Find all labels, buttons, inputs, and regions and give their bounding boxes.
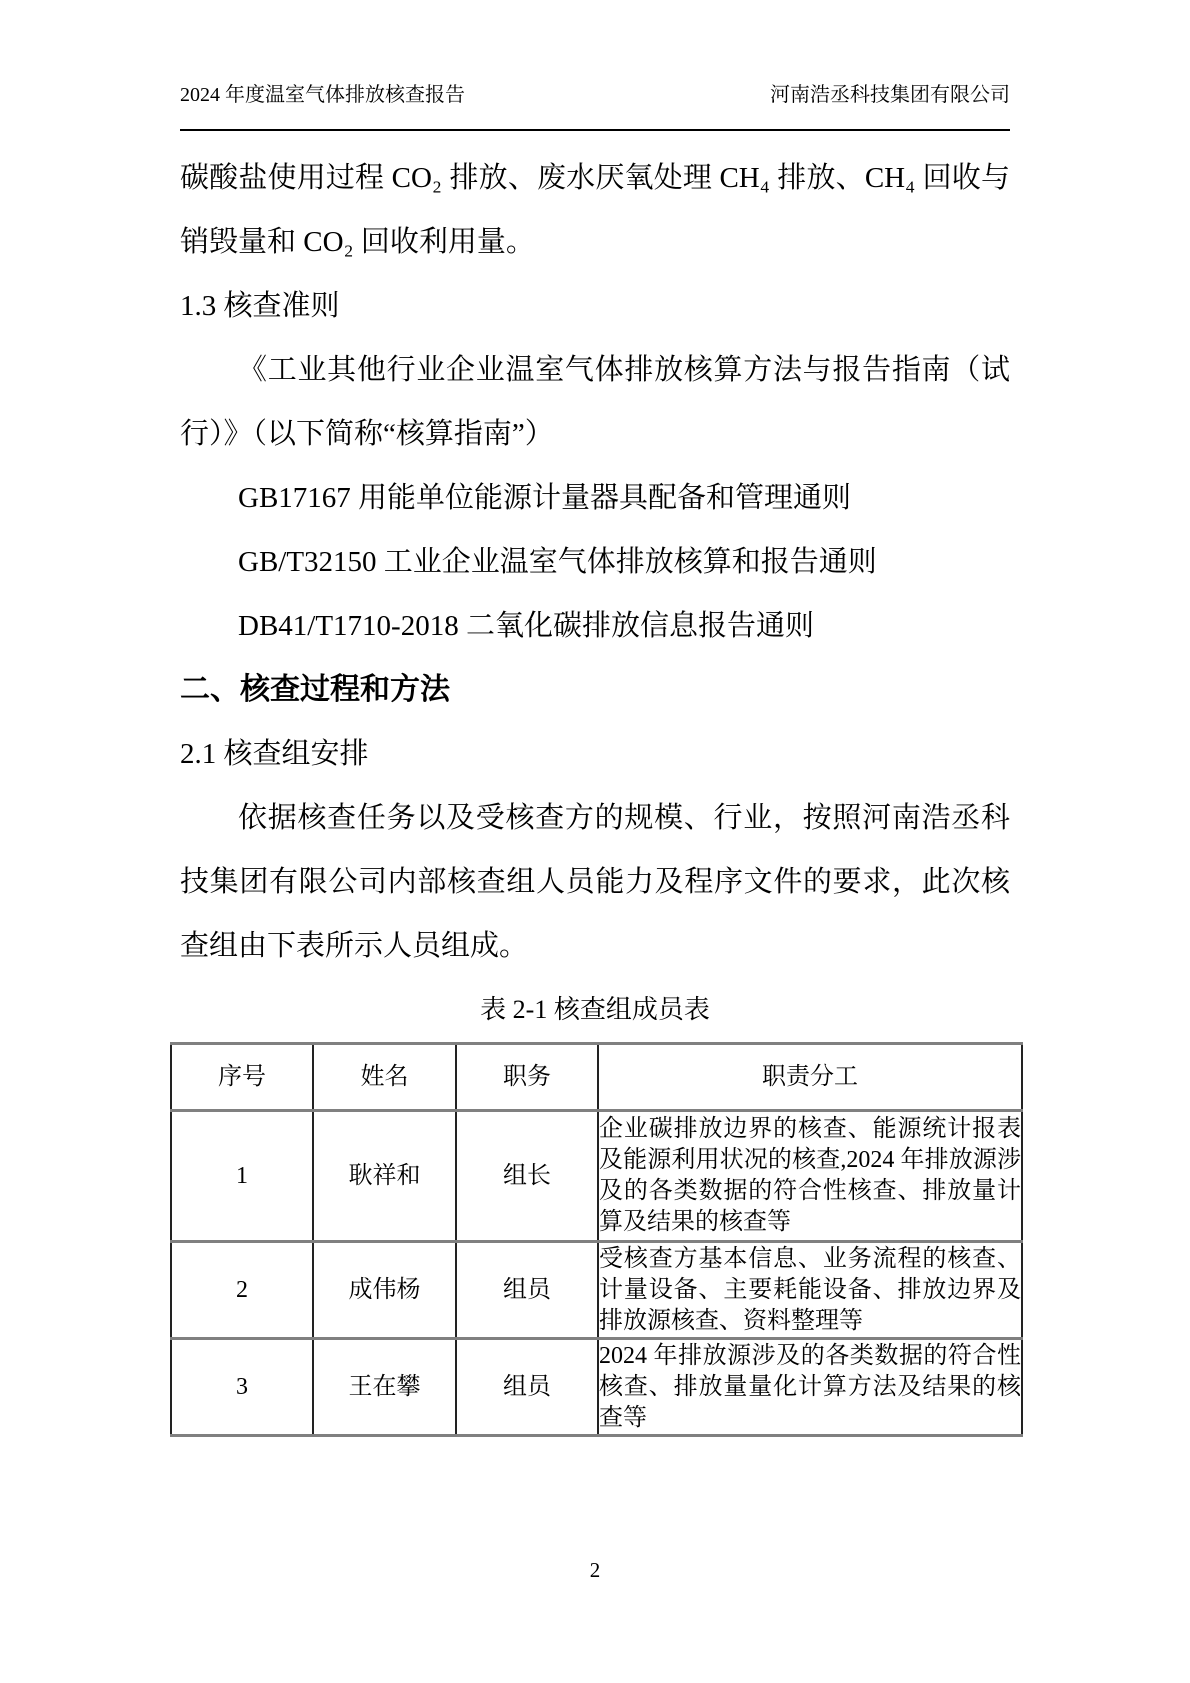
carryover-paragraph: 碳酸盐使用过程 CO₂ 排放、废水厌氧处理 CH₄ 排放、CH₄ 回收与销毁量和… — [180, 146, 1010, 274]
cell-duty: 受核查方基本信息、业务流程的核查、计量设备、主要耗能设备、排放边界及排放源核查、… — [598, 1242, 1022, 1339]
page-footer: 2 — [0, 1557, 1190, 1583]
cell-no: 1 — [171, 1111, 313, 1242]
cell-name: 王在攀 — [313, 1339, 456, 1436]
standard-line-gb17167: GB17167 用能单位能源计量器具配备和管理通则 — [180, 466, 1010, 530]
column-header-no: 序号 — [171, 1044, 313, 1111]
table-header-row: 序号 姓名 职务 职责分工 — [171, 1044, 1022, 1111]
cell-role: 组长 — [456, 1111, 598, 1242]
section-1-3-heading: 1.3 核查准则 — [180, 274, 1010, 338]
page-number: 2 — [590, 1558, 601, 1582]
document-body: 碳酸盐使用过程 CO₂ 排放、废水厌氧处理 CH₄ 排放、CH₄ 回收与销毁量和… — [180, 146, 1010, 1437]
header-company-name: 河南浩丞科技集团有限公司 — [770, 84, 1010, 107]
team-members-table: 序号 姓名 职务 职责分工 1 耿祥和 组长 企业碳排放边界的核查、能源统计报表… — [170, 1042, 1023, 1437]
standard-line-db41: DB41/T1710-2018 二氧化碳排放信息报告通则 — [180, 594, 1010, 658]
cell-role: 组员 — [456, 1242, 598, 1339]
header-rule — [180, 129, 1010, 131]
section-2-heading: 二、核查过程和方法 — [180, 658, 1010, 722]
table-caption: 表 2-1 核查组成员表 — [180, 978, 1010, 1042]
table-row: 3 王在攀 组员 2024 年排放源涉及的各类数据的符合性核查、排放量量化计算方… — [171, 1339, 1022, 1436]
cell-name: 耿祥和 — [313, 1111, 456, 1242]
column-header-duty: 职责分工 — [598, 1044, 1022, 1111]
standard-line-gbt32150: GB/T32150 工业企业温室气体排放核算和报告通则 — [180, 530, 1010, 594]
cell-role: 组员 — [456, 1339, 598, 1436]
page-header: 2024 年度温室气体排放核查报告 河南浩丞科技集团有限公司 — [180, 84, 1010, 107]
cell-duty: 2024 年排放源涉及的各类数据的符合性核查、排放量量化计算方法及结果的核查等 — [598, 1339, 1022, 1436]
table-row: 2 成伟杨 组员 受核查方基本信息、业务流程的核查、计量设备、主要耗能设备、排放… — [171, 1242, 1022, 1339]
column-header-role: 职务 — [456, 1044, 598, 1111]
column-header-name: 姓名 — [313, 1044, 456, 1111]
cell-no: 3 — [171, 1339, 313, 1436]
section-2-1-heading: 2.1 核查组安排 — [180, 722, 1010, 786]
team-paragraph: 依据核查任务以及受核查方的规模、行业，按照河南浩丞科技集团有限公司内部核查组人员… — [180, 786, 1010, 978]
table-row: 1 耿祥和 组长 企业碳排放边界的核查、能源统计报表及能源利用状况的核查,202… — [171, 1111, 1022, 1242]
cell-name: 成伟杨 — [313, 1242, 456, 1339]
header-report-title: 2024 年度温室气体排放核查报告 — [180, 84, 465, 107]
cell-no: 2 — [171, 1242, 313, 1339]
document-page: 2024 年度温室气体排放核查报告 河南浩丞科技集团有限公司 碳酸盐使用过程 C… — [0, 0, 1190, 1683]
guideline-paragraph: 《工业其他行业企业温室气体排放核算方法与报告指南（试行）》（以下简称“核算指南”… — [180, 338, 1010, 466]
cell-duty: 企业碳排放边界的核查、能源统计报表及能源利用状况的核查,2024 年排放源涉及的… — [598, 1111, 1022, 1242]
